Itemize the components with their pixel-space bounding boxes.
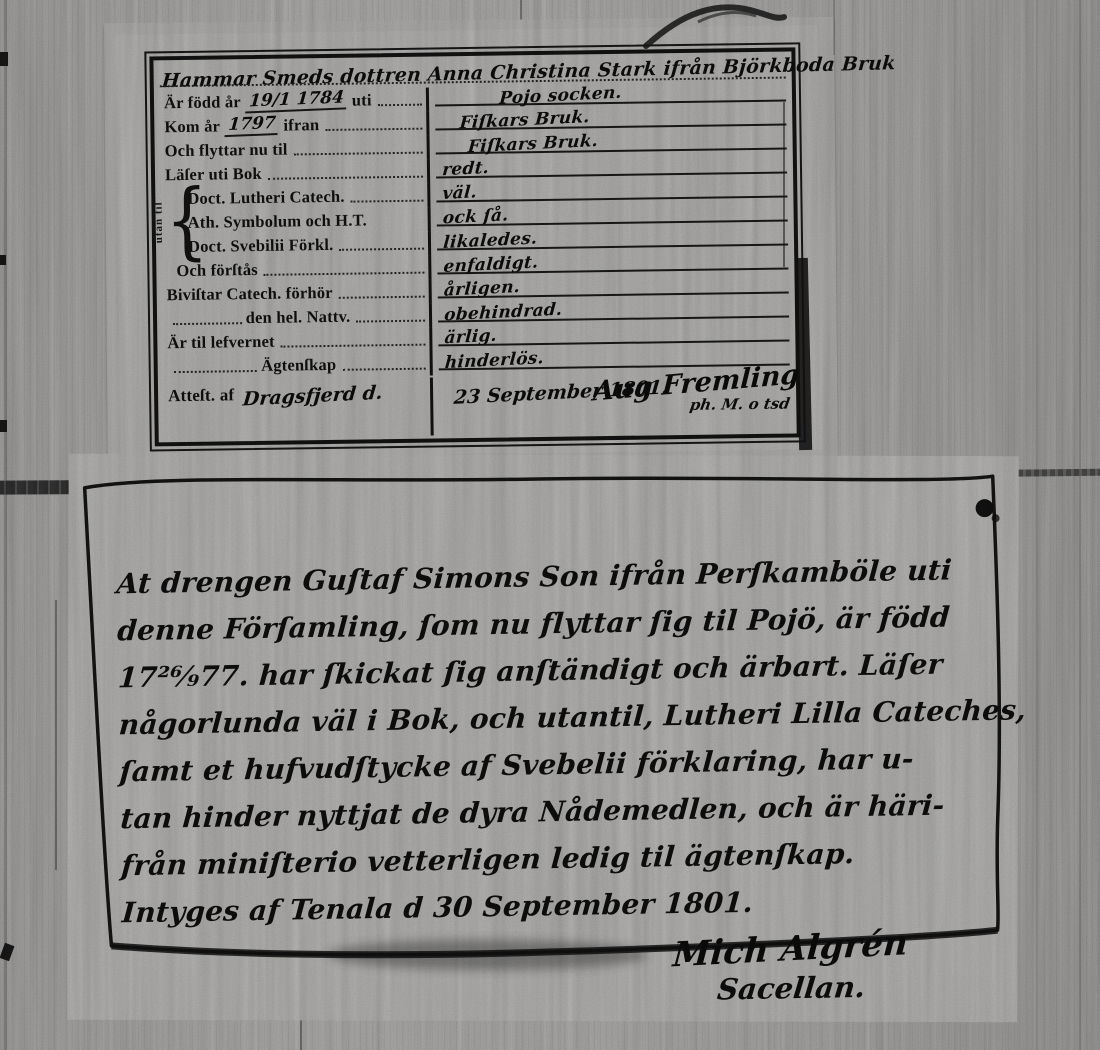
signature-block: Mich Algrén Sacellan. [620, 926, 961, 1008]
field-label: Läſer uti Bok [165, 165, 262, 187]
top-certificate-paper: Hammar Smeds dottren Anna Christina Star… [115, 25, 823, 459]
field-value-handwritten: redt. [441, 158, 490, 184]
field-value-handwritten: årligen. [443, 277, 521, 305]
signature-block: Aug Fremling ph. M. o tsd [593, 366, 800, 415]
ruled-line [351, 200, 424, 203]
field-label: den hel. Nattv. [246, 308, 351, 330]
signature-title: ph. M. o tsd [592, 395, 791, 416]
field-value-handwritten: 1797 [224, 113, 279, 137]
ruled-line [356, 320, 425, 323]
field-value-handwritten: väl. [441, 182, 477, 208]
ink-speck [0, 52, 8, 66]
ruled-line [378, 104, 422, 107]
paper-edge-line [783, 102, 785, 267]
ruled-line [342, 368, 425, 371]
field-value-handwritten: 19/1 1784 [245, 87, 348, 113]
field-value-handwritten: hinderlös. [444, 348, 545, 377]
field-value-handwritten: enfaldigt. [443, 252, 540, 281]
scratch-mark [4, 0, 7, 1050]
ruled-line [339, 248, 424, 251]
bottom-certificate-paper: At drengen Guſtaf Simons Son ifrån Perſk… [67, 454, 1018, 1022]
field-label: Kom år [164, 118, 220, 139]
field-label: Doct. Lutheri Catech. [165, 188, 345, 211]
ruled-line [436, 196, 787, 203]
field-label: Är född år [164, 94, 241, 116]
vertical-side-label: utan til [152, 184, 166, 260]
ruled-line [294, 152, 423, 156]
field-value-handwritten: ock ſå. [442, 205, 509, 232]
scratch-mark [1036, 0, 1038, 1050]
field-value-handwritten: ärlig. [444, 326, 498, 353]
field-label: Atteſt. af [168, 386, 234, 408]
ink-speck [0, 255, 6, 265]
ruled-line [268, 176, 423, 180]
field-label: Doct. Svebilii Förkl. [166, 236, 334, 259]
ruled-line [264, 272, 425, 276]
field-label: Är til lefvernet [167, 333, 275, 355]
ruled-line [174, 370, 257, 373]
field-label: Ägtenſkap [261, 356, 336, 378]
scratch-mark [55, 600, 57, 870]
top-certificate-frame: Hammar Smeds dottren Anna Christina Star… [149, 47, 800, 446]
scratch-mark [1079, 0, 1081, 1050]
field-label: ifran [283, 117, 319, 138]
ruled-line [325, 128, 422, 131]
ruled-line [173, 322, 242, 325]
ruled-line [281, 344, 426, 348]
ink-speck [0, 943, 14, 961]
document-scan: Hammar Smeds dottren Anna Christina Star… [0, 0, 1100, 1050]
field-label: Ath. Symbolum och H.T. [166, 212, 367, 235]
field-label: Och flyttar nu til [165, 141, 288, 163]
signature-name: Mich Algrén [672, 923, 910, 975]
field-label: Biviſtar Catech. förhör [167, 284, 333, 307]
signature-title: Sacellan. [620, 968, 964, 1008]
form-row-attest: Atteſt. af Dragsfjerd d. 23 September 18… [162, 373, 793, 440]
attest-place-handwritten: Dragsfjerd d. [233, 381, 388, 425]
field-label: uti [352, 92, 372, 113]
certificate-body-text: At drengen Guſtaf Simons Son ifrån Perſk… [114, 546, 1001, 1017]
ink-speck [0, 420, 7, 432]
ruled-line [339, 296, 425, 299]
field-label: Och förſtås [166, 261, 258, 283]
